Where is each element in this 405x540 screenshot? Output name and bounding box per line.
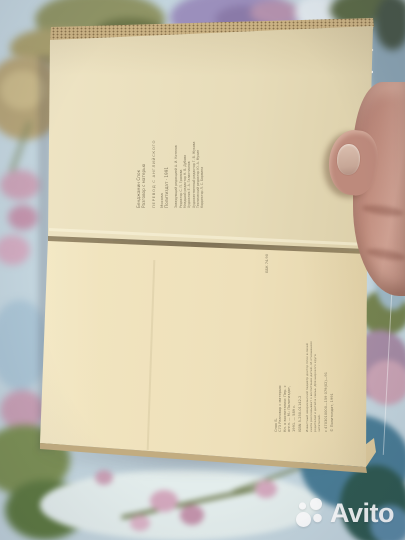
title-page-text-block: Бенджамин Спок Разговор с матерью ПЕРЕВО… xyxy=(136,108,220,208)
imprint-bbk-code: ББК 74.90 xyxy=(265,252,270,432)
pink-blossom xyxy=(150,490,178,512)
avito-dots-icon xyxy=(295,497,326,529)
title-page-publisher: Политиздат · 1991 xyxy=(164,108,169,208)
imprint-copyright: © Политиздат, 1991 xyxy=(330,252,335,432)
avito-wordmark: Avito xyxy=(330,500,394,527)
book-listing-photo: Бенджамин Спок Разговор с матерью ПЕРЕВО… xyxy=(0,0,405,540)
title-page-title: Разговор с матерью xyxy=(141,108,146,208)
imprint-page-text-block: ББК 74.90 Спок Б. С73 Разговор с матерью… xyxy=(265,252,345,432)
avito-watermark: Avito xyxy=(295,497,394,529)
pink-blossom xyxy=(8,205,38,230)
pink-blossom xyxy=(0,235,30,265)
imprint-annotation: Известный американский педиатр доктор Сп… xyxy=(305,340,321,432)
pink-blossom xyxy=(180,505,204,525)
title-page-translation-line: ПЕРЕВОД С АНГЛИЙСКОГО xyxy=(151,108,156,208)
dark-leaf xyxy=(375,0,405,50)
title-page-credits: Заведующий редакцией А. И. Котелов Редак… xyxy=(174,108,204,208)
imprint-catalog-code: с 4703010000—159 079(02)—91 xyxy=(324,362,329,432)
credit-line: Корректор Л. С. Бармина xyxy=(200,108,204,208)
pink-blossom xyxy=(0,170,40,200)
pink-blossom xyxy=(130,515,150,531)
imprint-cip-entry: С73 Разговор с матерью: Кн. о воспитании… xyxy=(278,382,296,432)
imprint-isbn: ISBN 5-250-01142-2 xyxy=(298,382,303,432)
pink-blossom xyxy=(255,480,277,498)
